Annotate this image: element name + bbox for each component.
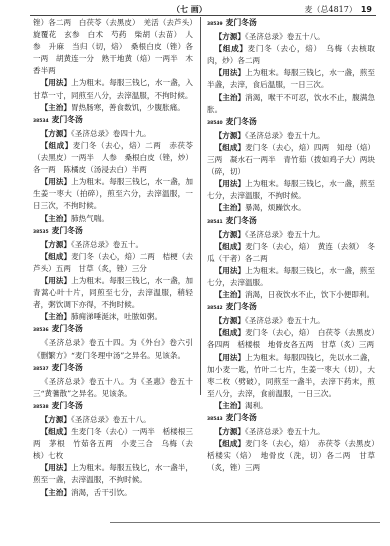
entry-field: 【方源】《圣济总录》卷五十八。 xyxy=(33,414,193,426)
entry-title: 麦门冬汤 xyxy=(52,363,83,372)
field-label: 【用法】 xyxy=(215,179,246,188)
field-label: 【用法】 xyxy=(215,353,246,362)
column-divider xyxy=(200,17,201,395)
field-label: 【用法】 xyxy=(41,463,72,472)
field-label: 【主治】 xyxy=(215,93,246,102)
section-label: （七 画） xyxy=(172,4,207,15)
entry-field: 【组成】麦门冬（去心，焙）二两 赤茯苓（去黑皮）一两半 人参 桑根白皮（锉，炒）… xyxy=(33,140,193,176)
cross-reference: 《圣济总录》卷五十八。为《圣惠》卷五十三“黄蓍散”之异名。见该条。 xyxy=(33,376,193,400)
field-label: 【组成】 xyxy=(215,439,246,448)
footer-rule xyxy=(110,522,380,523)
field-label: 【主治】 xyxy=(41,312,71,321)
entry-heading: 38543麦门冬汤 xyxy=(207,412,375,426)
field-label: 【主治】 xyxy=(215,401,245,410)
cross-reference: 《圣济总录》卷五十四。为《外台》卷六引《删繁方》“麦门冬理中汤”之异名。见该条。 xyxy=(33,337,193,361)
field-label: 【主治】 xyxy=(215,203,245,212)
entry-field: 【方源】《圣济总录》卷五十九。 xyxy=(207,130,375,142)
field-label: 【方源】 xyxy=(215,316,245,325)
entry-field: 【用法】上为粗末。每服五钱匕，水一盏半，煎至一盏，去滓温服，不拘时候。 xyxy=(33,462,193,486)
field-label: 【方源】 xyxy=(41,415,71,424)
entry-field: 【组成】生麦门冬（去心）一两半 栝楼根三两 茅根 竹茹各五两 小麦三合 乌梅（去… xyxy=(33,426,193,462)
field-label: 【方源】 xyxy=(215,32,245,41)
entry-field: 【用法】上为粗末。每服三钱匕，水一盏，加生姜一枣大（拍碎），煎至六分，去滓温服，… xyxy=(33,176,193,212)
right-column: 38539麦门冬汤【方源】《圣济总录》卷五十八。【组成】麦门冬（去心，焙） 乌梅… xyxy=(207,17,375,474)
entry-heading: 38542麦门冬汤 xyxy=(207,301,375,315)
field-text: 《圣济总录》卷四十九。 xyxy=(71,129,151,138)
running-head-label: 麦（总4817） xyxy=(305,5,357,14)
entry-field: 【主治】肺热气喘。 xyxy=(33,213,193,225)
field-label: 【主治】 xyxy=(41,214,71,223)
entry-heading: 38534麦门冬汤 xyxy=(33,114,193,128)
field-text: 肺热气喘。 xyxy=(71,214,109,223)
entry-number: 38536 xyxy=(33,328,49,333)
entry-title: 麦门冬汤 xyxy=(52,401,83,410)
field-text: 《圣济总录》卷五十九。 xyxy=(245,316,325,325)
field-text: 《圣济总录》卷五十九。 xyxy=(245,427,325,436)
entry-number: 38537 xyxy=(33,367,49,372)
entry-field: 【方源】《圣济总录》卷五十九。 xyxy=(207,315,375,327)
field-label: 【方源】 xyxy=(215,131,245,140)
entry-title: 麦门冬汤 xyxy=(226,413,257,422)
field-label: 【方源】 xyxy=(41,129,71,138)
entry-field: 【方源】《圣济总录》卷五十九。 xyxy=(207,426,375,438)
entry-field: 【组成】麦门冬（去心，焙）二两 桔梗（去芦头）五两 甘草（炙，锉）三分 xyxy=(33,251,193,275)
entry-number: 38539 xyxy=(207,22,223,27)
entry-field: 【组成】麦门冬（去心，焙） 黄连（去须） 冬瓜（干者）各二两 xyxy=(207,241,375,265)
left-column: 锉）各二两 白茯苓（去黑皮） 羌活（去芦头） 旋覆花 玄参 白术 芍药 柴胡（去… xyxy=(33,17,193,499)
entry-heading: 38538麦门冬汤 xyxy=(33,400,193,414)
field-label: 【主治】 xyxy=(41,103,71,112)
entry-field: 【主治】暴渴，烦躁饮水。 xyxy=(207,202,375,214)
entry-field: 【方源】《圣济总录》卷五十。 xyxy=(33,239,193,251)
field-label: 【主治】 xyxy=(215,290,245,299)
entry-number: 38538 xyxy=(33,405,49,410)
field-label: 【组成】 xyxy=(215,143,246,152)
entry-field: 【组成】麦门冬（去心，焙） 赤茯苓（去黑皮） 栝楼实（焙） 地骨皮（洗，切）各二… xyxy=(207,438,375,474)
entry-field: 【主治】胃热肠寒，善食数饥，少腹胀痛。 xyxy=(33,102,193,114)
field-label: 【方源】 xyxy=(215,230,245,239)
field-label: 【组成】 xyxy=(41,141,73,150)
entry-field: 【用法】上为粗末。每服三钱匕，水一盏，煎至半盏，去滓，食后温服，一日三次。 xyxy=(207,67,375,91)
entry-title: 麦门冬汤 xyxy=(226,117,257,126)
field-text: 胃热肠寒，善食数饥，少腹胀痛。 xyxy=(71,103,185,112)
entry-title: 麦门冬汤 xyxy=(226,216,257,225)
entry-heading: 38537麦门冬汤 xyxy=(33,362,193,376)
page-number: 19 xyxy=(361,5,372,14)
entry-number: 38535 xyxy=(33,230,49,235)
field-text: 消渴，舌干引饮。 xyxy=(71,488,132,497)
field-text: 肺痈涕唾涎沫，吐脓如粥。 xyxy=(71,312,162,321)
field-label: 【组成】 xyxy=(41,427,72,436)
entry-field: 【用法】上为粗末。每服三钱匕，水一盏，入甘草一寸，同煎至八分，去滓温服，不拘时候… xyxy=(33,77,193,101)
field-text: 《圣济总录》卷五十九。 xyxy=(245,131,325,140)
field-label: 【方源】 xyxy=(41,240,71,249)
entry-field: 【组成】麦门冬（去心，焙） 白茯苓（去黑皮）各四两 栝楼根 地骨皮各五两 甘草（… xyxy=(207,327,375,351)
field-text: 《圣济总录》卷五十九。 xyxy=(245,230,325,239)
entry-number: 38543 xyxy=(207,417,223,422)
entry-field: 【主治】肺痈涕唾涎沫，吐脓如粥。 xyxy=(33,311,193,323)
entry-field: 【方源】《圣济总录》卷五十八。 xyxy=(207,31,375,43)
entry-field: 【方源】《圣济总录》卷四十九。 xyxy=(33,128,193,140)
entry-heading: 38539麦门冬汤 xyxy=(207,17,375,31)
entry-number: 38541 xyxy=(207,220,223,225)
entry-title: 麦门冬汤 xyxy=(52,115,83,124)
field-label: 【方源】 xyxy=(215,427,245,436)
field-label: 【组成】 xyxy=(215,242,246,251)
entry-field: 【主治】消渴，日夜饮水不止，饮下小便即利。 xyxy=(207,289,375,301)
entry-heading: 38535麦门冬汤 xyxy=(33,225,193,239)
entry-number: 38540 xyxy=(207,121,223,126)
field-label: 【用法】 xyxy=(41,276,72,285)
field-text: 《圣济总录》卷五十。 xyxy=(71,240,143,249)
field-text: 《圣济总录》卷五十八。 xyxy=(245,32,325,41)
entry-field: 【方源】《圣济总录》卷五十九。 xyxy=(207,229,375,241)
entry-title: 麦门冬汤 xyxy=(226,18,257,27)
entry-number: 38534 xyxy=(33,119,49,124)
field-label: 【组成】 xyxy=(41,252,72,261)
field-text: 消渴，日夜饮水不止，饮下小便即利。 xyxy=(245,290,374,299)
entry-field: 【主治】渴利。 xyxy=(207,400,375,412)
field-label: 【用法】 xyxy=(215,266,246,275)
entry-number: 38542 xyxy=(207,306,223,311)
entry-heading: 38541麦门冬汤 xyxy=(207,215,375,229)
field-label: 【主治】 xyxy=(41,488,71,497)
field-text: 渴利。 xyxy=(245,401,268,410)
field-label: 【用法】 xyxy=(41,78,72,87)
entry-title: 麦门冬汤 xyxy=(226,302,257,311)
entry-field: 【组成】麦门冬（去心，焙） 乌梅（去核取肉，炒）各二两 xyxy=(207,43,375,67)
entry-field: 【用法】上为粗末。每服三钱匕，水一盏，加青蒿心叶十片，同煎至七分，去滓温服，稍轻… xyxy=(33,275,193,311)
field-label: 【组成】 xyxy=(215,328,246,337)
field-text: 暴渴，烦躁饮水。 xyxy=(245,203,306,212)
field-label: 【组成】 xyxy=(215,44,248,53)
entry-title: 麦门冬汤 xyxy=(52,226,83,235)
entry-field: 【主治】消渴，舌干引饮。 xyxy=(33,487,193,499)
entry-field: 【用法】上为粗末。每服四钱匕，先以水二盏，加小麦一匙，竹叶二七片，生姜一枣大（切… xyxy=(207,352,375,400)
entry-heading: 38540麦门冬汤 xyxy=(207,116,375,130)
field-label: 【用法】 xyxy=(215,68,246,77)
field-text: 《圣济总录》卷五十八。 xyxy=(71,415,151,424)
entry-field: 【用法】上为粗末。每服三钱匕，水一盏，煎至七分，去滓温服，不拘时候。 xyxy=(207,178,375,202)
running-head: 麦（总4817）19 xyxy=(305,4,373,15)
entry-heading: 38536麦门冬汤 xyxy=(33,323,193,337)
continued-text: 锉）各二两 白茯苓（去黑皮） 羌活（去芦头） 旋覆花 玄参 白术 芍药 柴胡（去… xyxy=(33,17,193,77)
header-rule xyxy=(30,15,376,16)
field-label: 【用法】 xyxy=(41,177,72,186)
entry-field: 【用法】上为粗末。每服三钱匕，水一盏，煎至七分，去滓温服。 xyxy=(207,265,375,289)
entry-title: 麦门冬汤 xyxy=(52,324,83,333)
entry-field: 【组成】麦门冬（去心，焙）四两 知母（焙）三两 凝水石一两半 青竹茹（拨如鸡子大… xyxy=(207,142,375,178)
entry-field: 【主治】消渴，喉干不可忍，饮水不止，腹满急胀。 xyxy=(207,92,375,116)
